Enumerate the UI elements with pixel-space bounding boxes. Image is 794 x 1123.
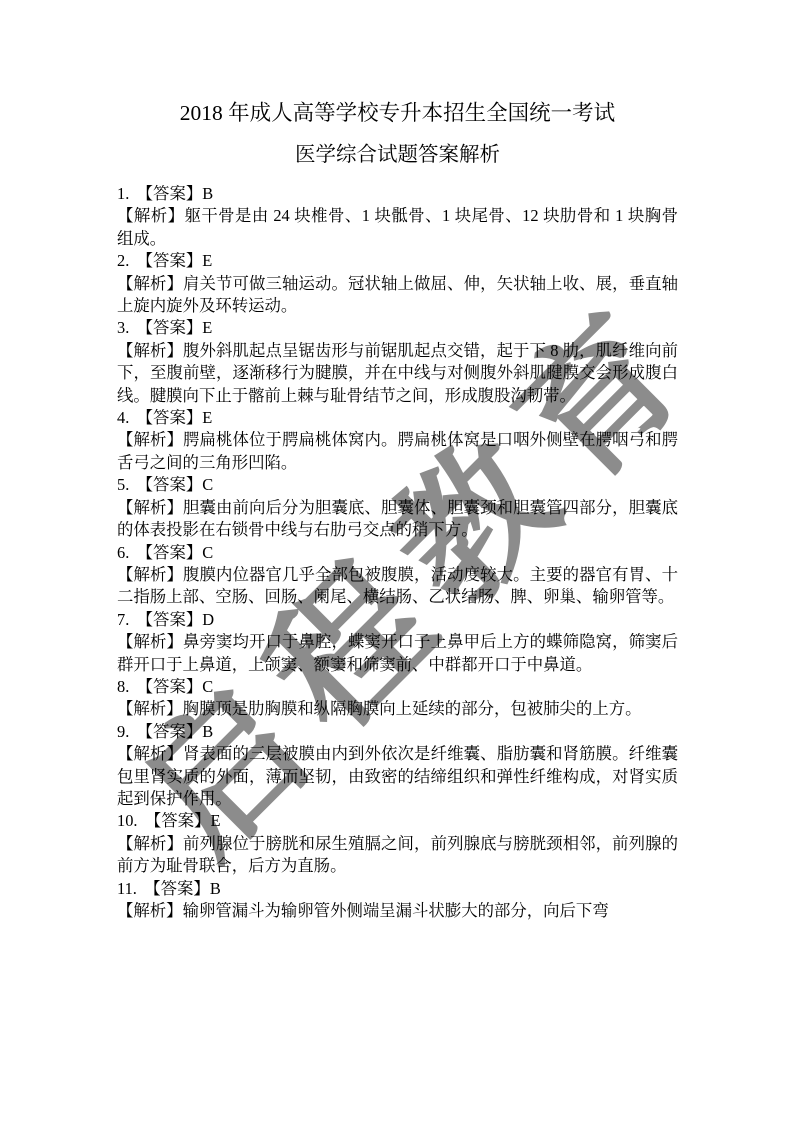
qa-item: 1.【答案】B 【解析】躯干骨是由 24 块椎骨、1 块骶骨、1 块尾骨、12 … bbox=[117, 183, 678, 250]
analysis-label: 【解析】 bbox=[117, 632, 183, 651]
analysis-paragraph: 【解析】肾表面的三层被膜由内到外依次是纤维囊、脂肪囊和肾筋膜。纤维囊包里肾实质的… bbox=[117, 743, 678, 810]
answer-letter: E bbox=[202, 408, 212, 427]
answer-letter: B bbox=[202, 722, 213, 741]
document-page: 启程教育 2018 年成人高等学校专升本招生全国统一考试 医学综合试题答案解析 … bbox=[0, 0, 794, 1123]
analysis-text: 腹外斜肌起点呈锯齿形与前锯肌起点交错，起于下 8 肋，肌纤维向前下，至腹前壁，逐… bbox=[117, 341, 678, 405]
answer-letter: D bbox=[202, 610, 214, 629]
analysis-text: 肾表面的三层被膜由内到外依次是纤维囊、脂肪囊和肾筋膜。纤维囊包里肾实质的外面，薄… bbox=[117, 744, 678, 808]
qa-item: 5.【答案】C 【解析】胆囊由前向后分为胆囊底、胆囊体、胆囊颈和胆囊管四部分，胆… bbox=[117, 474, 678, 541]
answer-line: 3.【答案】E bbox=[117, 317, 678, 339]
analysis-paragraph: 【解析】胸膜顶是肋胸膜和纵隔胸膜向上延续的部分，包被肺尖的上方。 bbox=[117, 698, 678, 720]
analysis-paragraph: 【解析】腹外斜肌起点呈锯齿形与前锯肌起点交错，起于下 8 肋，肌纤维向前下，至腹… bbox=[117, 340, 678, 407]
page-content: 2018 年成人高等学校专升本招生全国统一考试 医学综合试题答案解析 1.【答案… bbox=[117, 98, 678, 922]
answer-letter: C bbox=[202, 475, 213, 494]
answer-line: 6.【答案】C bbox=[117, 542, 678, 564]
analysis-label: 【解析】 bbox=[117, 206, 184, 225]
analysis-label: 【解析】 bbox=[117, 699, 183, 718]
answer-label: 【答案】 bbox=[137, 408, 203, 427]
answer-line: 11.【答案】B bbox=[117, 878, 678, 900]
qa-item: 4.【答案】E 【解析】腭扁桃体位于腭扁桃体窝内。腭扁桃体窝是口咽外侧壁在腭咽弓… bbox=[117, 407, 678, 474]
analysis-text: 前列腺位于膀胱和尿生殖膈之间，前列腺底与膀胱颈相邻，前列腺的前方为耻骨联合，后方… bbox=[117, 834, 678, 875]
qa-item: 7.【答案】D 【解析】鼻旁窦均开口于鼻腔，蝶窦开口子上鼻甲后上方的蝶筛隐窝，筛… bbox=[117, 609, 678, 676]
qa-item: 9.【答案】B 【解析】肾表面的三层被膜由内到外依次是纤维囊、脂肪囊和肾筋膜。纤… bbox=[117, 721, 678, 811]
item-number: 3. bbox=[117, 318, 129, 337]
analysis-paragraph: 【解析】前列腺位于膀胱和尿生殖膈之间，前列腺底与膀胱颈相邻，前列腺的前方为耻骨联… bbox=[117, 833, 678, 878]
document-title: 2018 年成人高等学校专升本招生全国统一考试 bbox=[117, 98, 678, 128]
document-subtitle: 医学综合试题答案解析 bbox=[117, 140, 678, 170]
analysis-paragraph: 【解析】肩关节可做三轴运动。冠状轴上做屈、伸，矢状轴上收、展，垂直轴上旋内旋外及… bbox=[117, 273, 678, 318]
analysis-label: 【解析】 bbox=[117, 565, 183, 584]
qa-item: 11.【答案】B 【解析】输卵管漏斗为输卵管外侧端呈漏斗状膨大的部分，向后下弯 bbox=[117, 878, 678, 923]
item-number: 10. bbox=[117, 811, 138, 830]
qa-item: 10.【答案】E 【解析】前列腺位于膀胱和尿生殖膈之间，前列腺底与膀胱颈相邻，前… bbox=[117, 810, 678, 877]
answer-label: 【答案】 bbox=[145, 811, 211, 830]
analysis-text: 腭扁桃体位于腭扁桃体窝内。腭扁桃体窝是口咽外侧壁在腭咽弓和腭舌弓之间的三角形凹陷… bbox=[117, 430, 678, 471]
analysis-paragraph: 【解析】鼻旁窦均开口于鼻腔，蝶窦开口子上鼻甲后上方的蝶筛隐窝，筛窦后群开口于上鼻… bbox=[117, 631, 678, 676]
analysis-paragraph: 【解析】胆囊由前向后分为胆囊底、胆囊体、胆囊颈和胆囊管四部分，胆囊底的体表投影在… bbox=[117, 497, 678, 542]
answer-letter: E bbox=[202, 251, 212, 270]
analysis-text: 鼻旁窦均开口于鼻腔，蝶窦开口子上鼻甲后上方的蝶筛隐窝，筛窦后群开口于上鼻道，上颌… bbox=[117, 632, 678, 673]
answer-label: 【答案】 bbox=[144, 879, 210, 898]
answer-line: 9.【答案】B bbox=[117, 721, 678, 743]
qa-item: 6.【答案】C 【解析】腹膜内位器官几乎全部包被腹膜，活动度较大。主要的器官有胃… bbox=[117, 542, 678, 609]
analysis-label: 【解析】 bbox=[117, 430, 183, 449]
answer-label: 【答案】 bbox=[137, 184, 203, 203]
item-number: 8. bbox=[117, 677, 129, 696]
item-number: 1. bbox=[117, 184, 129, 203]
analysis-label: 【解析】 bbox=[117, 498, 183, 517]
analysis-text: 躯干骨是由 24 块椎骨、1 块骶骨、1 块尾骨、12 块肋骨和 1 块胸骨组成… bbox=[117, 206, 678, 247]
answer-label: 【答案】 bbox=[137, 318, 203, 337]
item-number: 7. bbox=[117, 610, 129, 629]
answer-label: 【答案】 bbox=[137, 610, 203, 629]
item-number: 11. bbox=[117, 879, 137, 898]
answer-letter: B bbox=[210, 879, 221, 898]
analysis-paragraph: 【解析】腭扁桃体位于腭扁桃体窝内。腭扁桃体窝是口咽外侧壁在腭咽弓和腭舌弓之间的三… bbox=[117, 429, 678, 474]
answer-label: 【答案】 bbox=[137, 677, 203, 696]
analysis-text: 腹膜内位器官几乎全部包被腹膜，活动度较大。主要的器官有胃、十二指肠上部、空肠、回… bbox=[117, 565, 678, 606]
analysis-text: 输卵管漏斗为输卵管外侧端呈漏斗状膨大的部分，向后下弯 bbox=[183, 901, 609, 920]
analysis-label: 【解析】 bbox=[117, 901, 183, 920]
qa-item: 8.【答案】C 【解析】胸膜顶是肋胸膜和纵隔胸膜向上延续的部分，包被肺尖的上方。 bbox=[117, 676, 678, 721]
answer-label: 【答案】 bbox=[137, 543, 203, 562]
item-number: 6. bbox=[117, 543, 129, 562]
answer-line: 1.【答案】B bbox=[117, 183, 678, 205]
qa-item: 3.【答案】E 【解析】腹外斜肌起点呈锯齿形与前锯肌起点交错，起于下 8 肋，肌… bbox=[117, 317, 678, 407]
answer-line: 5.【答案】C bbox=[117, 474, 678, 496]
answer-letter: C bbox=[202, 677, 213, 696]
analysis-paragraph: 【解析】腹膜内位器官几乎全部包被腹膜，活动度较大。主要的器官有胃、十二指肠上部、… bbox=[117, 564, 678, 609]
answer-label: 【答案】 bbox=[137, 475, 203, 494]
answer-line: 8.【答案】C bbox=[117, 676, 678, 698]
answer-line: 7.【答案】D bbox=[117, 609, 678, 631]
item-number: 9. bbox=[117, 722, 129, 741]
answer-letter: E bbox=[202, 318, 212, 337]
answer-list: 1.【答案】B 【解析】躯干骨是由 24 块椎骨、1 块骶骨、1 块尾骨、12 … bbox=[117, 183, 678, 922]
answer-line: 10.【答案】E bbox=[117, 810, 678, 832]
analysis-label: 【解析】 bbox=[117, 744, 183, 763]
answer-letter: E bbox=[210, 811, 220, 830]
qa-item: 2.【答案】E 【解析】肩关节可做三轴运动。冠状轴上做屈、伸，矢状轴上收、展，垂… bbox=[117, 250, 678, 317]
item-number: 4. bbox=[117, 408, 129, 427]
answer-letter: C bbox=[202, 543, 213, 562]
answer-label: 【答案】 bbox=[137, 251, 203, 270]
answer-letter: B bbox=[202, 184, 213, 203]
analysis-text: 肩关节可做三轴运动。冠状轴上做屈、伸，矢状轴上收、展，垂直轴上旋内旋外及环转运动… bbox=[117, 274, 678, 315]
answer-label: 【答案】 bbox=[137, 722, 203, 741]
item-number: 2. bbox=[117, 251, 129, 270]
answer-line: 2.【答案】E bbox=[117, 250, 678, 272]
analysis-paragraph: 【解析】输卵管漏斗为输卵管外侧端呈漏斗状膨大的部分，向后下弯 bbox=[117, 900, 678, 922]
item-number: 5. bbox=[117, 475, 129, 494]
analysis-text: 胸膜顶是肋胸膜和纵隔胸膜向上延续的部分，包被肺尖的上方。 bbox=[183, 699, 642, 718]
analysis-text: 胆囊由前向后分为胆囊底、胆囊体、胆囊颈和胆囊管四部分，胆囊底的体表投影在右锁骨中… bbox=[117, 498, 678, 539]
analysis-label: 【解析】 bbox=[117, 341, 183, 360]
analysis-label: 【解析】 bbox=[117, 834, 183, 853]
analysis-label: 【解析】 bbox=[117, 274, 183, 293]
answer-line: 4.【答案】E bbox=[117, 407, 678, 429]
analysis-paragraph: 【解析】躯干骨是由 24 块椎骨、1 块骶骨、1 块尾骨、12 块肋骨和 1 块… bbox=[117, 205, 678, 250]
